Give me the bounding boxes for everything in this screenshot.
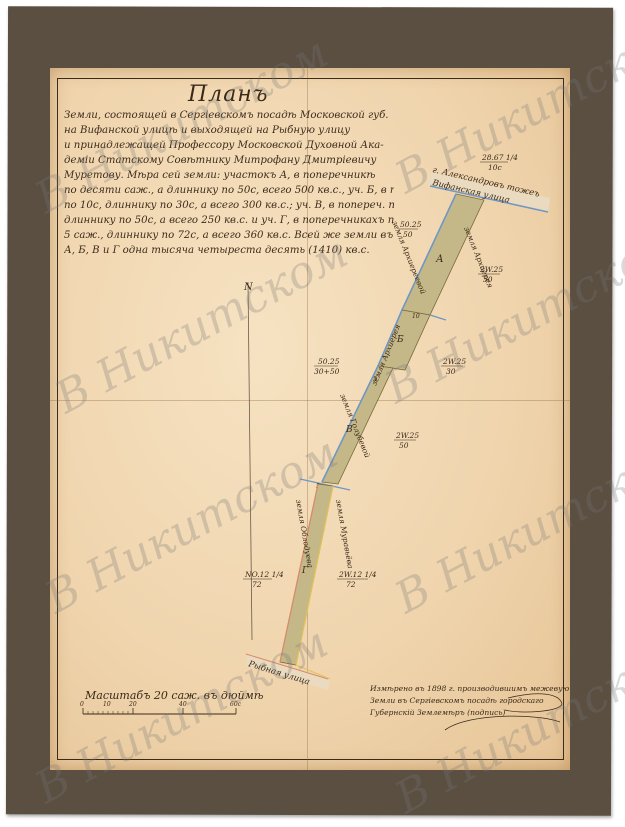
- scale-tick: 20: [128, 701, 137, 708]
- note-line: Губернскій Землемѣръ (подпись): [370, 707, 570, 719]
- scale-bar: 0 10 20 40 60с: [80, 701, 242, 714]
- bearing-v-right-num: 2W.25: [395, 431, 419, 440]
- mark-ab: 10: [412, 313, 420, 320]
- bearing-top-num: 28.67 1/4: [481, 153, 518, 162]
- bearing-a-left-num: 50.25: [400, 220, 422, 229]
- scale-title: Масштабъ 20 саж. въ дюймѣ: [85, 689, 263, 702]
- bearing-g-right-num: 2W.12 1/4: [338, 570, 377, 579]
- surveyor-note: Измѣрено въ 1898 г. производившимъ межев…: [370, 683, 570, 719]
- plot-a-label: А: [435, 254, 444, 265]
- bearing-top-den: 10с: [488, 163, 503, 172]
- bearing-v-right-den: 50: [399, 441, 409, 450]
- note-line: Измѣрено въ 1898 г. производившимъ межев…: [370, 683, 570, 695]
- scale-tick: 60с: [230, 701, 242, 708]
- neighbour-label: земля Архиерея: [462, 225, 495, 289]
- note-line: Земли въ Сергіевскомъ посадѣ городскаго: [370, 695, 570, 707]
- north-arrow-icon: N: [243, 282, 254, 293]
- scale-tick: 40: [178, 701, 187, 708]
- scale-tick: 0: [80, 701, 84, 708]
- neighbour-label: земля Муравьёва: [334, 499, 355, 569]
- scale-tick: 10: [103, 701, 111, 708]
- bearing-g-left-den: 72: [252, 580, 262, 589]
- bearing-g-right-den: 72: [346, 580, 356, 589]
- bearing-b-right-num: 2W.25: [442, 357, 466, 366]
- bearing-b-left-den: 30+50: [314, 367, 340, 376]
- bearing-g-left-num: NO.12 1/4: [244, 570, 284, 579]
- bearing-b-right-den: 30: [446, 367, 456, 376]
- bearing-b-left-num: 50.25: [318, 357, 340, 366]
